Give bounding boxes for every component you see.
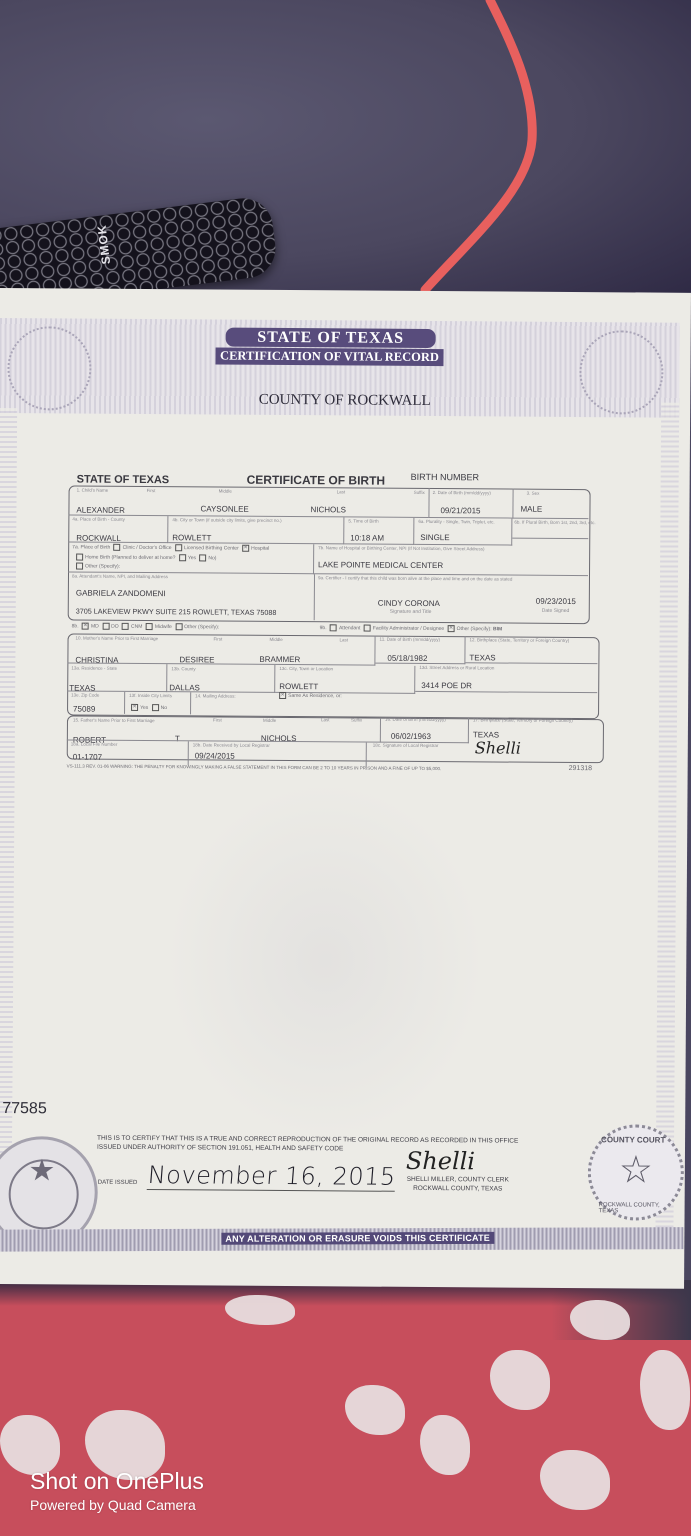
row-divider [381,718,469,744]
attendant-type-row: 8b. ✕MD DO CNM Midwife Other (Specify): [72,623,220,631]
option-label: Same As Residence, or: [288,693,342,699]
birth-form: STATE OF TEXAS CERTIFICATE OF BIRTH BIRT… [69,473,609,477]
row-divider [275,665,415,694]
star-icon: ★ [0,1153,95,1189]
row-divider [68,542,314,574]
row-divider [375,636,465,665]
decorative-border-right [655,403,679,1233]
certifier-name: CINDY CORONA [378,599,440,608]
watermark-title: Shot on OnePlus [30,1468,204,1495]
birth-certificate: STATE OF TEXAS CERTIFICATION OF VITAL RE… [0,288,691,1289]
row-divider [167,664,275,693]
fabric-spot [0,1415,60,1475]
checkbox-other-attendant[interactable] [175,623,182,630]
certify-line-2: ISSUED UNDER AUTHORITY OF SECTION 191.05… [97,1144,343,1153]
row-divider [189,741,367,766]
same-as-residence: ✕Same As Residence, or: [277,692,342,699]
option-label: Other (Specify): [457,626,492,632]
checkbox-md[interactable]: ✕ [82,623,89,630]
checkbox-other-certifier[interactable]: ✕ [448,625,455,632]
row-divider [67,740,189,765]
option-label: Attendant [339,625,360,631]
label: Signature and Title [390,609,432,615]
form-title: CERTIFICATE OF BIRTH [247,473,386,488]
warning-text: VS-111.3 REV. 01-06 WARNING: THE PENALTY… [67,763,442,771]
registrar-signature: Shelli [475,738,521,757]
watermark-seal [164,779,487,1141]
clerk-name: SHELLI MILLER, COUNTY CLERK [398,1176,518,1184]
fabric-spot [490,1350,550,1410]
checkbox-attendant[interactable] [330,624,337,631]
label: Date Signed [542,608,570,614]
row-divider [465,636,597,664]
row-divider [415,664,597,693]
clerk-county: ROCKWALL COUNTY, TEXAS [398,1185,518,1193]
alteration-warning: ANY ALTERATION OR ERASURE VOIDS THIS CER… [221,1232,494,1245]
label: 18c. Signature of Local Registrar [373,743,439,748]
certifier-date: 09/23/2015 [536,597,576,606]
checkbox-facility-admin[interactable] [364,625,371,632]
fabric-spot [225,1295,295,1325]
row-divider [67,663,167,692]
star-icon: ☆ [591,1147,681,1193]
watermark-subtitle: Powered by Quad Camera [30,1497,204,1513]
option-label: MD [91,623,99,629]
row-divider [67,633,375,665]
attendant-address: 3705 LAKEVIEW PKWY SUITE 215 ROWLETT, TE… [76,607,277,617]
option-label: Facility Administrator / Designee [373,625,444,631]
form-state: STATE OF TEXAS [77,474,170,487]
banner-state: STATE OF TEXAS [226,328,436,348]
county-court-seal: COUNTY COURT ☆ ROCKWALL COUNTY, TEXAS [588,1124,685,1221]
seal-text: ROCKWALL COUNTY, TEXAS [599,1202,681,1215]
row-divider [168,516,344,544]
option-label: 9b. [320,625,327,631]
option-label: DO [111,624,119,630]
checkbox-do[interactable] [102,623,109,630]
fabric-spot [345,1385,405,1435]
camera-watermark: Shot on OnePlus Powered by Quad Camera [30,1468,204,1513]
label: 14. Mailing Address: [195,693,236,698]
decorative-border-bottom: ANY ALTERATION OR ERASURE VOIDS THIS CER… [0,1227,683,1251]
row-divider [125,692,191,714]
label: 8a. Attendant's Name, NPI, and Mailing A… [72,574,168,580]
fabric-spot [640,1350,690,1430]
row-divider [67,691,125,713]
document-number: 77585 [2,1100,47,1118]
date-issued-label: DATE ISSUED [98,1180,138,1186]
attendant-name: GABRIELA ZANDOMENI [76,589,166,599]
checkbox-cnm[interactable] [122,623,129,630]
option-label: 8b. [72,623,79,629]
checkbox-same-as-residence[interactable]: ✕ [279,692,286,699]
date-issued: November 16, 2015 [147,1161,397,1192]
row-divider [67,715,381,742]
clerk-signature: Shelli [406,1147,475,1175]
checkbox-midwife[interactable] [146,623,153,630]
row-divider [513,489,588,520]
certifier-type-row: 9b. Attendant Facility Administrator / D… [320,624,503,632]
row-divider [68,515,168,543]
label: 17. Birthplace (State, Territory or Fore… [473,717,573,723]
banner-certification: CERTIFICATION OF VITAL RECORD [215,348,443,367]
option-label: Other (Specify): [184,624,219,630]
option-label: BIM [493,626,502,632]
option-label: Midwife [155,624,172,630]
seal-text: COUNTY COURT [601,1135,665,1144]
row-divider [512,519,588,540]
birth-number-label: BIRTH NUMBER [411,472,479,482]
row-divider [428,488,513,519]
row-divider [414,518,512,546]
row-divider [314,544,588,576]
option-label: CNM [131,624,142,630]
fabric-spot [540,1450,610,1510]
row-divider [344,517,414,544]
control-number: 291318 [569,765,592,772]
fabric-spot [420,1415,470,1475]
row-divider [68,485,428,518]
